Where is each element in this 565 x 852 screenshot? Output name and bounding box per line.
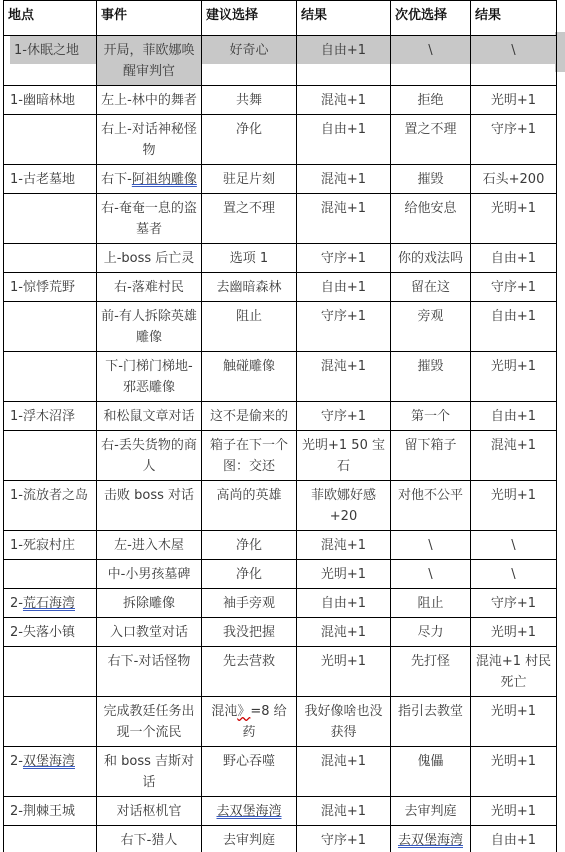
table-row: 2-双堡海湾和 boss 吉斯对话野心吞噬混沌+1傀儡光明+1 xyxy=(4,747,557,797)
table-row: 1-流放者之岛击败 boss 对话高尚的英雄菲欧娜好感+20对他不公平光明+1 xyxy=(4,481,557,531)
table-row: 下-门梯门梯地-邪恶雕像触碰雕像混沌+1摧毁光明+1 xyxy=(4,352,557,402)
cell-text: 菲欧娜好感+20 xyxy=(311,488,376,524)
cell-text: 混沌+1 xyxy=(321,172,366,187)
cell-text: 左上-林中的舞者 xyxy=(101,93,197,108)
cell-location xyxy=(4,431,97,481)
cell-text: 混沌 xyxy=(211,704,237,719)
cell-text: 自由+1 xyxy=(491,409,536,424)
cell-text: 混沌+1 xyxy=(321,754,366,769)
cell-text: 下-门梯门梯地-邪恶雕像 xyxy=(105,359,192,395)
header-row: 地点 事件 建议选择 结果 次优选择 结果 xyxy=(4,1,557,36)
cell-location xyxy=(4,194,97,244)
cell-alt-choice: 阻止 xyxy=(391,589,471,618)
header-alt-result: 结果 xyxy=(471,1,557,36)
linked-term[interactable]: 荒石海湾 xyxy=(23,596,75,611)
cell-location xyxy=(4,244,97,273)
cell-text: 对他不公平 xyxy=(398,488,463,503)
cell-text: 和 boss 吉斯对话 xyxy=(104,754,194,790)
cell-text: 混沌+1 xyxy=(321,625,366,640)
cell-text: 高尚的英雄 xyxy=(216,488,281,503)
cell-alt-choice: \ xyxy=(391,531,471,560)
cell-text: 上-boss 后亡灵 xyxy=(104,251,195,266)
cell-choice: 好奇心 xyxy=(202,36,297,86)
cell-text: \ xyxy=(428,43,432,58)
cell-result: 守序+1 xyxy=(297,826,391,852)
cell-alt-result: 石头+200 xyxy=(471,165,557,194)
cell-text: 第一个 xyxy=(411,409,450,424)
cell-text: 1-流放者之岛 xyxy=(10,488,88,503)
cell-text: 自由+1 xyxy=(321,280,366,295)
cell-text: 你的戏法吗 xyxy=(398,251,463,266)
cell-text: 好奇心 xyxy=(229,43,268,58)
cell-text: 留在这 xyxy=(411,280,450,295)
table-row: 中-小男孩墓碑净化光明+1\\ xyxy=(4,560,557,589)
cell-event: 和 boss 吉斯对话 xyxy=(97,747,202,797)
cell-alt-choice: \ xyxy=(391,36,471,86)
cell-text: 中-小男孩墓碑 xyxy=(108,567,191,582)
cell-choice: 野心吞噬 xyxy=(202,747,297,797)
table-row: 右上-对话神秘怪物净化自由+1置之不理守序+1 xyxy=(4,115,557,165)
cell-result: 自由+1 xyxy=(297,589,391,618)
cell-text: 去审判庭 xyxy=(404,804,456,819)
cell-text: 傀儡 xyxy=(417,754,443,769)
cell-location: 2-双堡海湾 xyxy=(4,747,97,797)
table-row: 右-丢失货物的商人箱子在下一个图：交还光明+1 50 宝石留下箱子混沌+1 xyxy=(4,431,557,481)
cell-alt-result: 光明+1 xyxy=(471,797,557,826)
cell-location xyxy=(4,826,97,852)
cell-location xyxy=(4,115,97,165)
cell-alt-choice: 置之不理 xyxy=(391,115,471,165)
cell-text: 拒绝 xyxy=(417,93,443,108)
cell-event: 右上-对话神秘怪物 xyxy=(97,115,202,165)
cell-text: 混沌+1 xyxy=(491,438,536,453)
cell-text: 守序+1 xyxy=(321,309,366,324)
cell-event: 右-奄奄一息的盗墓者 xyxy=(97,194,202,244)
cell-text: 右上-对话神秘怪物 xyxy=(101,122,197,158)
cell-location xyxy=(4,647,97,697)
cell-location xyxy=(4,352,97,402)
cell-event: 右-落难村民 xyxy=(97,273,202,302)
table-row: 1-幽暗林地左上-林中的舞者共舞混沌+1拒绝光明+1 xyxy=(4,86,557,115)
cell-alt-result: 自由+1 xyxy=(471,826,557,852)
cell-location xyxy=(4,302,97,352)
cell-text: 1-死寂村庄 xyxy=(10,538,75,553)
cell-text: 守序+1 xyxy=(321,409,366,424)
table-row: 右下-对话怪物先去营救光明+1先打怪混沌+1 村民死亡 xyxy=(4,647,557,697)
cell-choice: 共舞 xyxy=(202,86,297,115)
cell-text: 光明+1 xyxy=(491,804,536,819)
cell-alt-choice: 指引去教堂 xyxy=(391,697,471,747)
table-row: 完成教廷任务出现一个流民混沌》=8 给药我好像啥也没获得指引去教堂光明+1 xyxy=(4,697,557,747)
cell-text: 自由+1 xyxy=(321,596,366,611)
cell-text: 自由+1 xyxy=(491,309,536,324)
cell-alt-result: 光明+1 xyxy=(471,481,557,531)
cell-text: 光明+1 xyxy=(491,704,536,719)
table-row: 2-失落小镇入口教堂对话我没把握混沌+1尽力光明+1 xyxy=(4,618,557,647)
table-row: 前-有人拆除英雄雕像阻止守序+1旁观自由+1 xyxy=(4,302,557,352)
cell-choice: 袖手旁观 xyxy=(202,589,297,618)
cell-alt-choice: 你的戏法吗 xyxy=(391,244,471,273)
cell-alt-choice: 先打怪 xyxy=(391,647,471,697)
cell-alt-result: 光明+1 xyxy=(471,618,557,647)
cell-location: 1-惊悸荒野 xyxy=(4,273,97,302)
cell-text: 袖手旁观 xyxy=(223,596,275,611)
cell-event: 中-小男孩墓碑 xyxy=(97,560,202,589)
cell-event: 和松鼠文章对话 xyxy=(97,402,202,431)
cell-result: 光明+1 xyxy=(297,560,391,589)
cell-location: 1-幽暗林地 xyxy=(4,86,97,115)
cell-choice: 去幽暗森林 xyxy=(202,273,297,302)
cell-event: 右-丢失货物的商人 xyxy=(97,431,202,481)
cell-location: 2-荒石海湾 xyxy=(4,589,97,618)
cell-text: 旁观 xyxy=(417,309,443,324)
cell-text: 自由+1 xyxy=(321,43,366,58)
cell-alt-choice: \ xyxy=(391,560,471,589)
table-row: 上-boss 后亡灵选项 1守序+1你的戏法吗自由+1 xyxy=(4,244,557,273)
cell-location: 1-古老墓地 xyxy=(4,165,97,194)
cell-text: \ xyxy=(511,43,515,58)
cell-text: 我没把握 xyxy=(223,625,275,640)
cell-text: 光明+1 xyxy=(491,625,536,640)
cell-alt-result: 光明+1 xyxy=(471,86,557,115)
cell-text: 守序+1 xyxy=(321,833,366,848)
cell-result: 守序+1 xyxy=(297,244,391,273)
cell-text: 光明+1 xyxy=(321,567,366,582)
cell-text: 2- xyxy=(10,754,23,769)
cell-choice: 净化 xyxy=(202,531,297,560)
cell-text: 拆除雕像 xyxy=(123,596,175,611)
cell-alt-result: 守序+1 xyxy=(471,115,557,165)
cell-text: 光明+1 xyxy=(491,93,536,108)
cell-choice: 高尚的英雄 xyxy=(202,481,297,531)
cell-alt-result: 光明+1 xyxy=(471,697,557,747)
header-alt-choice: 次优选择 xyxy=(391,1,471,36)
cell-text: 光明+1 xyxy=(491,754,536,769)
cell-result: 菲欧娜好感+20 xyxy=(297,481,391,531)
linked-term[interactable]: 阿祖纳雕像 xyxy=(132,172,197,187)
cell-result: 守序+1 xyxy=(297,402,391,431)
cell-text: 2-荆棘王城 xyxy=(10,804,75,819)
cell-text: 守序+1 xyxy=(491,122,536,137)
cell-text: 尽力 xyxy=(417,625,443,640)
cell-alt-choice: 留在这 xyxy=(391,273,471,302)
cell-text: 去审判庭 xyxy=(223,833,275,848)
cell-text: \ xyxy=(428,567,432,582)
cell-alt-result: \ xyxy=(471,560,557,589)
cell-text: 摧毁 xyxy=(417,172,443,187)
cell-text: 光明+1 xyxy=(321,654,366,669)
cell-event: 上-boss 后亡灵 xyxy=(97,244,202,273)
cell-event: 击败 boss 对话 xyxy=(97,481,202,531)
cell-alt-result: 自由+1 xyxy=(471,402,557,431)
cell-result: 自由+1 xyxy=(297,115,391,165)
cell-event: 拆除雕像 xyxy=(97,589,202,618)
cell-text: 光明+1 xyxy=(491,201,536,216)
cell-alt-choice: 留下箱子 xyxy=(391,431,471,481)
cell-alt-choice: 拒绝 xyxy=(391,86,471,115)
cell-text: 净化 xyxy=(236,538,262,553)
table-row: 2-荒石海湾拆除雕像袖手旁观自由+1阻止守序+1 xyxy=(4,589,557,618)
cell-text: 守序+1 xyxy=(491,596,536,611)
cell-text: 2-失落小镇 xyxy=(10,625,75,640)
cell-alt-result: 自由+1 xyxy=(471,244,557,273)
cell-text: 混沌+1 xyxy=(321,93,366,108)
cell-text: 光明+1 50 宝石 xyxy=(302,438,385,474)
cell-event: 下-门梯门梯地-邪恶雕像 xyxy=(97,352,202,402)
spellcheck-mark: 》 xyxy=(237,704,250,719)
cell-text: 置之不理 xyxy=(223,201,275,216)
cell-alt-choice: 旁观 xyxy=(391,302,471,352)
cell-result: 自由+1 xyxy=(297,36,391,86)
cell-alt-choice: 去审判庭 xyxy=(391,797,471,826)
cell-result: 光明+1 50 宝石 xyxy=(297,431,391,481)
cell-text: 触碰雕像 xyxy=(223,359,275,374)
cell-text: 自由+1 xyxy=(321,122,366,137)
cell-choice: 触碰雕像 xyxy=(202,352,297,402)
cell-text: 完成教廷任务出现一个流民 xyxy=(103,704,194,740)
cell-choice: 置之不理 xyxy=(202,194,297,244)
cell-text: 先打怪 xyxy=(411,654,450,669)
cell-choice: 驻足片刻 xyxy=(202,165,297,194)
cell-choice: 我没把握 xyxy=(202,618,297,647)
cell-text: \ xyxy=(511,538,515,553)
cell-text: 1-惊悸荒野 xyxy=(10,280,75,295)
cell-text: 右-落难村民 xyxy=(114,280,184,295)
cell-text: 混沌+1 xyxy=(321,201,366,216)
cell-text: 光明+1 xyxy=(491,488,536,503)
cell-choice: 去审判庭 xyxy=(202,826,297,852)
cell-text: 选项 1 xyxy=(230,251,268,266)
cell-text: 1-幽暗林地 xyxy=(10,93,75,108)
cell-alt-result: 守序+1 xyxy=(471,589,557,618)
cell-text: 驻足片刻 xyxy=(223,172,275,187)
cell-text: 混沌+1 xyxy=(321,359,366,374)
cell-event: 右下-对话怪物 xyxy=(97,647,202,697)
cell-text: 光明+1 xyxy=(491,359,536,374)
cell-text: 指引去教堂 xyxy=(398,704,463,719)
cell-alt-choice: 第一个 xyxy=(391,402,471,431)
cell-result: 我好像啥也没获得 xyxy=(297,697,391,747)
cell-text: 留下箱子 xyxy=(404,438,456,453)
cell-text: 1-古老墓地 xyxy=(10,172,75,187)
cell-text: 混沌+1 xyxy=(321,804,366,819)
cell-text: 右下-猎人 xyxy=(121,833,178,848)
cell-event: 开局，菲欧娜唤醒审判官 xyxy=(97,36,202,86)
cell-choice: 阻止 xyxy=(202,302,297,352)
cell-text: 先去营救 xyxy=(223,654,275,669)
cell-result: 光明+1 xyxy=(297,647,391,697)
linked-term[interactable]: 双堡海湾 xyxy=(23,754,75,769)
cell-text: 置之不理 xyxy=(404,122,456,137)
cell-alt-result: 混沌+1 xyxy=(471,431,557,481)
cell-text: \ xyxy=(511,567,515,582)
cell-choice: 箱子在下一个图：交还 xyxy=(202,431,297,481)
cell-text: 箱子在下一个图：交还 xyxy=(210,438,288,474)
cell-text: 击败 boss 对话 xyxy=(104,488,194,503)
cell-choice: 这不是偷来的 xyxy=(202,402,297,431)
table-row: 1-休眠之地开局，菲欧娜唤醒审判官好奇心自由+1\\ xyxy=(4,36,557,86)
cell-result: 自由+1 xyxy=(297,273,391,302)
cell-text: 给他安息 xyxy=(404,201,456,216)
cell-location: 1-浮木沼泽 xyxy=(4,402,97,431)
table-row: 右下-猎人去审判庭守序+1去双堡海湾自由+1 xyxy=(4,826,557,852)
cell-text: 野心吞噬 xyxy=(223,754,275,769)
cell-event: 完成教廷任务出现一个流民 xyxy=(97,697,202,747)
cell-alt-result: 光明+1 xyxy=(471,194,557,244)
linked-term[interactable]: 去双堡海湾 xyxy=(398,833,463,848)
cell-text: 石头+200 xyxy=(483,172,545,187)
cell-alt-result: 光明+1 xyxy=(471,747,557,797)
cell-result: 混沌+1 xyxy=(297,352,391,402)
cell-event: 左上-林中的舞者 xyxy=(97,86,202,115)
table-row: 1-古老墓地右下-阿祖纳雕像驻足片刻混沌+1摧毁石头+200 xyxy=(4,165,557,194)
cell-event: 对话枢机官 xyxy=(97,797,202,826)
cell-text: 入口教堂对话 xyxy=(110,625,188,640)
cell-text: 和松鼠文章对话 xyxy=(103,409,194,424)
cell-result: 混沌+1 xyxy=(297,797,391,826)
cell-text: 共舞 xyxy=(236,93,262,108)
cell-text: \ xyxy=(428,538,432,553)
cell-result: 混沌+1 xyxy=(297,86,391,115)
header-event: 事件 xyxy=(97,1,202,36)
cell-alt-result: 守序+1 xyxy=(471,273,557,302)
header-location: 地点 xyxy=(4,1,97,36)
cell-result: 混沌+1 xyxy=(297,194,391,244)
cell-text: 自由+1 xyxy=(491,251,536,266)
cell-alt-result: \ xyxy=(471,36,557,86)
cell-text: =8 给药 xyxy=(242,704,286,740)
cell-text: 自由+1 xyxy=(491,833,536,848)
cell-location xyxy=(4,560,97,589)
cell-choice: 净化 xyxy=(202,560,297,589)
cell-event: 右下-阿祖纳雕像 xyxy=(97,165,202,194)
cell-event: 右下-猎人 xyxy=(97,826,202,852)
cell-alt-result: \ xyxy=(471,531,557,560)
cell-alt-choice: 傀儡 xyxy=(391,747,471,797)
cell-result: 混沌+1 xyxy=(297,618,391,647)
cell-result: 混沌+1 xyxy=(297,747,391,797)
cell-text: 阻止 xyxy=(417,596,443,611)
cell-choice: 先去营救 xyxy=(202,647,297,697)
cell-text: 1-浮木沼泽 xyxy=(10,409,75,424)
cell-text: 净化 xyxy=(236,567,262,582)
table-row: 1-惊悸荒野右-落难村民去幽暗森林自由+1留在这守序+1 xyxy=(4,273,557,302)
cell-choice: 选项 1 xyxy=(202,244,297,273)
cell-alt-choice: 对他不公平 xyxy=(391,481,471,531)
cell-text: 开局，菲欧娜唤醒审判官 xyxy=(103,43,194,79)
cell-event: 入口教堂对话 xyxy=(97,618,202,647)
cell-text: 对话枢机官 xyxy=(116,804,181,819)
cell-alt-result: 混沌+1 村民死亡 xyxy=(471,647,557,697)
choice-guide-table: 地点 事件 建议选择 结果 次优选择 结果 1-休眠之地开局，菲欧娜唤醒审判官好… xyxy=(3,0,557,852)
cell-text: 净化 xyxy=(236,122,262,137)
cell-location: 1-休眠之地 xyxy=(4,36,97,86)
cell-text: 我好像啥也没获得 xyxy=(304,704,382,740)
cell-text: 守序+1 xyxy=(491,280,536,295)
table-row: 1-死寂村庄左-进入木屋净化混沌+1\\ xyxy=(4,531,557,560)
cell-text: 阻止 xyxy=(236,309,262,324)
cell-text: 2- xyxy=(10,596,23,611)
cell-alt-choice: 尽力 xyxy=(391,618,471,647)
cell-text: 混沌+1 村民死亡 xyxy=(476,654,551,690)
table-row: 1-浮木沼泽和松鼠文章对话这不是偷来的守序+1第一个自由+1 xyxy=(4,402,557,431)
cell-location: 1-流放者之岛 xyxy=(4,481,97,531)
cell-text: 1-休眠之地 xyxy=(14,43,79,58)
cell-result: 守序+1 xyxy=(297,302,391,352)
cell-text: 右下-对话怪物 xyxy=(108,654,191,669)
cell-text: 右下- xyxy=(101,172,132,187)
cell-alt-choice: 去双堡海湾 xyxy=(391,826,471,852)
table-row: 2-荆棘王城对话枢机官去双堡海湾混沌+1去审判庭光明+1 xyxy=(4,797,557,826)
cell-choice: 去双堡海湾 xyxy=(202,797,297,826)
cell-result: 混沌+1 xyxy=(297,531,391,560)
cell-text: 右-奄奄一息的盗墓者 xyxy=(101,201,197,237)
cell-alt-choice: 摧毁 xyxy=(391,352,471,402)
cell-choice: 混沌》=8 给药 xyxy=(202,697,297,747)
cell-event: 前-有人拆除英雄雕像 xyxy=(97,302,202,352)
cell-text: 摧毁 xyxy=(417,359,443,374)
cell-result: 混沌+1 xyxy=(297,165,391,194)
cell-text: 这不是偷来的 xyxy=(210,409,288,424)
cell-text: 右-丢失货物的商人 xyxy=(101,438,197,474)
cell-location xyxy=(4,697,97,747)
header-choice: 建议选择 xyxy=(202,1,297,36)
cell-alt-result: 光明+1 xyxy=(471,352,557,402)
cell-choice: 净化 xyxy=(202,115,297,165)
cell-text: 左-进入木屋 xyxy=(114,538,184,553)
linked-term[interactable]: 去双堡海湾 xyxy=(216,804,281,819)
cell-alt-choice: 给他安息 xyxy=(391,194,471,244)
cell-location: 2-失落小镇 xyxy=(4,618,97,647)
cell-location: 1-死寂村庄 xyxy=(4,531,97,560)
cell-location: 2-荆棘王城 xyxy=(4,797,97,826)
header-result: 结果 xyxy=(297,1,391,36)
cell-text: 前-有人拆除英雄雕像 xyxy=(101,309,197,345)
cell-alt-choice: 摧毁 xyxy=(391,165,471,194)
cell-text: 守序+1 xyxy=(321,251,366,266)
cell-text: 去幽暗森林 xyxy=(216,280,281,295)
cell-alt-result: 自由+1 xyxy=(471,302,557,352)
cell-text: 混沌+1 xyxy=(321,538,366,553)
table-row: 右-奄奄一息的盗墓者置之不理混沌+1给他安息光明+1 xyxy=(4,194,557,244)
cell-event: 左-进入木屋 xyxy=(97,531,202,560)
